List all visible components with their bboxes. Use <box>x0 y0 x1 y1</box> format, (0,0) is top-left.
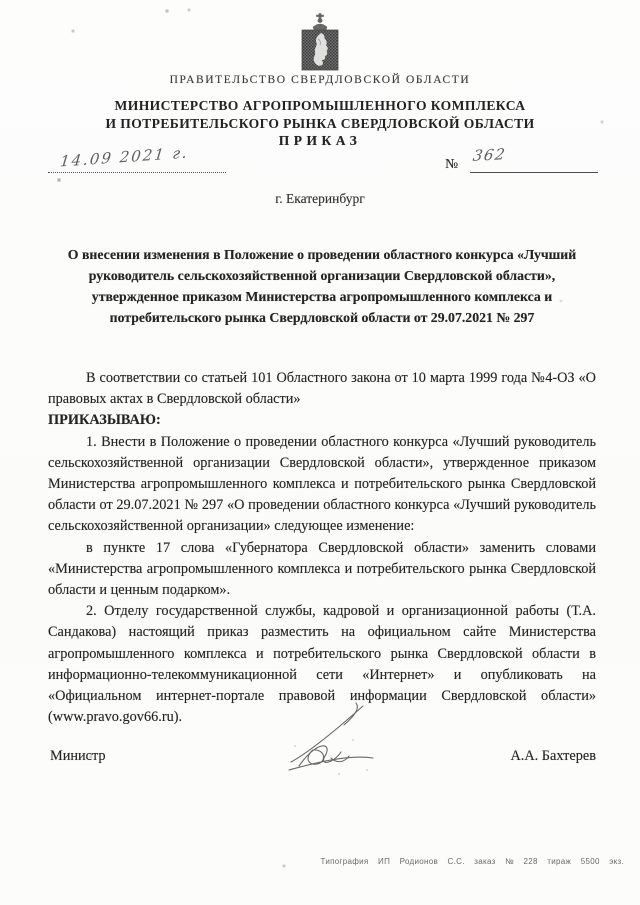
body-paragraph-2: в пункте 17 слова «Губернатора Свердловс… <box>48 538 596 602</box>
signer-name: А.А. Бахтерев <box>510 748 596 765</box>
city-line: г. Екатеринбург <box>0 191 640 207</box>
date-underline <box>48 172 226 173</box>
document-title: О внесении изменения в Положение о прове… <box>62 244 582 328</box>
handwritten-date: 14.09 2021 г. <box>59 143 190 170</box>
document-body: В соответствии со статьей 101 Областного… <box>48 368 596 728</box>
government-line: ПРАВИТЕЛЬСТВО СВЕРДЛОВСКОЙ ОБЛАСТИ <box>0 74 640 86</box>
handwritten-number: 362 <box>471 145 507 165</box>
order-word: ПРИКАЗЫВАЮ: <box>48 410 596 431</box>
print-shop-footer: Типография ИП Родионов С.С. заказ № 228 … <box>321 857 624 866</box>
intro-paragraph: В соответствии со статьей 101 Областного… <box>48 368 596 410</box>
date-number-row: 14.09 2021 г. № 362 <box>48 146 598 180</box>
scan-noise <box>0 0 2 2</box>
number-label: № <box>445 156 458 172</box>
ministry-name-line1: МИНИСТЕРСТВО АГРОПРОМЫШЛЕННОГО КОМПЛЕКСА <box>0 97 640 115</box>
ministry-name: МИНИСТЕРСТВО АГРОПРОМЫШЛЕННОГО КОМПЛЕКСА… <box>0 97 640 132</box>
ministry-name-line2: И ПОТРЕБИТЕЛЬСКОГО РЫНКА СВЕРДЛОВСКОЙ ОБ… <box>0 115 640 133</box>
coat-of-arms-icon <box>294 13 346 76</box>
signer-position: Министр <box>50 748 106 765</box>
number-underline <box>470 172 598 173</box>
signature-icon <box>283 700 383 795</box>
document-page: ПРАВИТЕЛЬСТВО СВЕРДЛОВСКОЙ ОБЛАСТИ МИНИС… <box>0 0 640 905</box>
body-paragraph-1: 1. Внести в Положение о проведении облас… <box>48 432 596 538</box>
